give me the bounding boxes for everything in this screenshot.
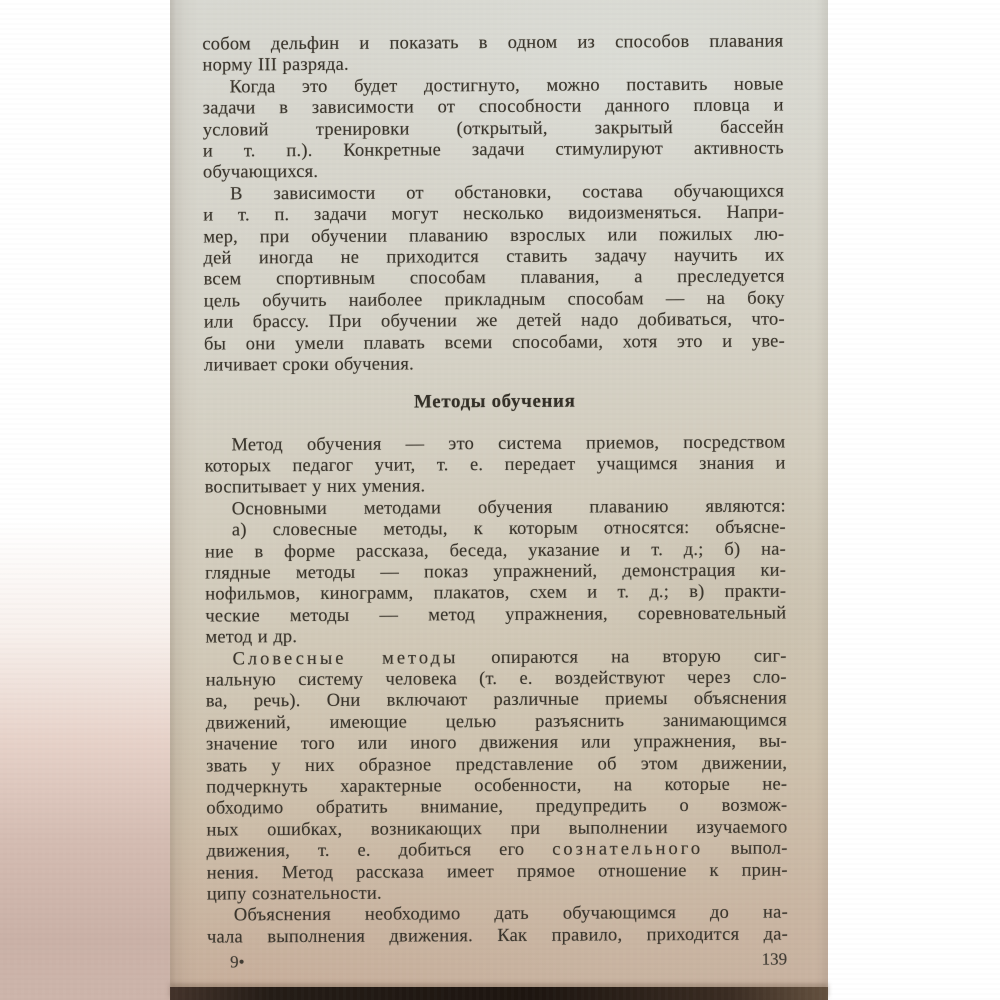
book-page-photograph: собом дельфин и показать в одном из спос… bbox=[0, 0, 1000, 1000]
text-line: движения, т. е. добиться его сознательно… bbox=[207, 839, 788, 863]
background-left bbox=[0, 0, 170, 1000]
page-photo: собом дельфин и показать в одном из спос… bbox=[170, 0, 828, 1000]
book-bottom-edge-shadow bbox=[170, 987, 828, 1000]
text-line: Словесные методы опираются на вторую сиг… bbox=[206, 646, 787, 670]
page-number: 139 bbox=[762, 949, 789, 969]
text-line-segment: выпол- bbox=[703, 839, 788, 859]
section-heading: Методы обучения bbox=[204, 388, 785, 415]
text-line: ва, речь). Они включают различные приемы… bbox=[206, 689, 787, 713]
text-line: воспитывает у них умения. bbox=[205, 475, 786, 499]
text-line: чала выполнения движения. Как правило, п… bbox=[207, 924, 788, 948]
text-line: нофильмов, кинограмм, плакатов, схем и т… bbox=[205, 582, 786, 606]
letterspaced-term: Словесные методы bbox=[233, 648, 459, 669]
background-right bbox=[828, 0, 1000, 1000]
text-line-segment: движения, т. е. добиться его bbox=[207, 840, 553, 862]
page-tilt-wrapper: собом дельфин и показать в одном из спос… bbox=[167, 0, 830, 1000]
text-line-segment: опираются на вторую сиг- bbox=[458, 646, 786, 668]
text-line: значение того или иного движения или упр… bbox=[206, 732, 787, 756]
text-line: метод и др. bbox=[205, 625, 786, 649]
text-line: личивает сроки обучения. bbox=[204, 353, 785, 377]
page-content: собом дельфин и показать в одном из спос… bbox=[202, 32, 788, 949]
text-line: мер, при обучении плаванию взрослых или … bbox=[203, 224, 784, 248]
page-footer: 9• 139 bbox=[207, 949, 788, 972]
text-line: условий тренировки (открытый, закрытый б… bbox=[203, 117, 784, 141]
text-line: или брассу. При обучении же детей надо д… bbox=[204, 310, 785, 334]
text-line: движений, имеющие целью разъяснить заним… bbox=[206, 710, 787, 734]
text-line: обучающихся. bbox=[203, 160, 784, 184]
signature-mark: 9• bbox=[207, 952, 245, 972]
text-line: собом дельфин и показать в одном из спос… bbox=[202, 32, 783, 56]
text-line: норму III разряда. bbox=[202, 53, 783, 77]
text-line: обходимо обратить внимание, предупредить… bbox=[206, 796, 787, 820]
text-line: и т. п.). Конкретные задачи стимулируют … bbox=[203, 139, 784, 163]
text-line: нения. Метод рассказа имеет прямое отнош… bbox=[207, 860, 788, 884]
text-line: Объяснения необходимо дать обучающимся д… bbox=[207, 903, 788, 927]
text-line: звать у них образное представление об эт… bbox=[206, 753, 787, 777]
text-line: всем спортивным способам плавания, а пре… bbox=[204, 267, 785, 291]
text-line: ческие методы — метод упражнения, соревн… bbox=[205, 603, 786, 627]
text-line: Метод обучения — это система приемов, по… bbox=[204, 432, 785, 456]
text-line: задачи в зависимости от способности данн… bbox=[203, 96, 784, 120]
text-line: ние в форме рассказа, беседа, указание и… bbox=[205, 539, 786, 563]
text-line: бы они умели плавать всеми способами, хо… bbox=[204, 331, 785, 355]
text-line: а) словесные методы, к которым относятся… bbox=[205, 518, 786, 542]
text-line: В зависимости от обстановки, состава обу… bbox=[203, 181, 784, 205]
letterspaced-term: сознательного bbox=[552, 839, 703, 860]
text-line: и т. п. задачи могут несколько видоизмен… bbox=[203, 203, 784, 227]
text-line: которых педагог учит, т. е. передает уча… bbox=[205, 453, 786, 477]
